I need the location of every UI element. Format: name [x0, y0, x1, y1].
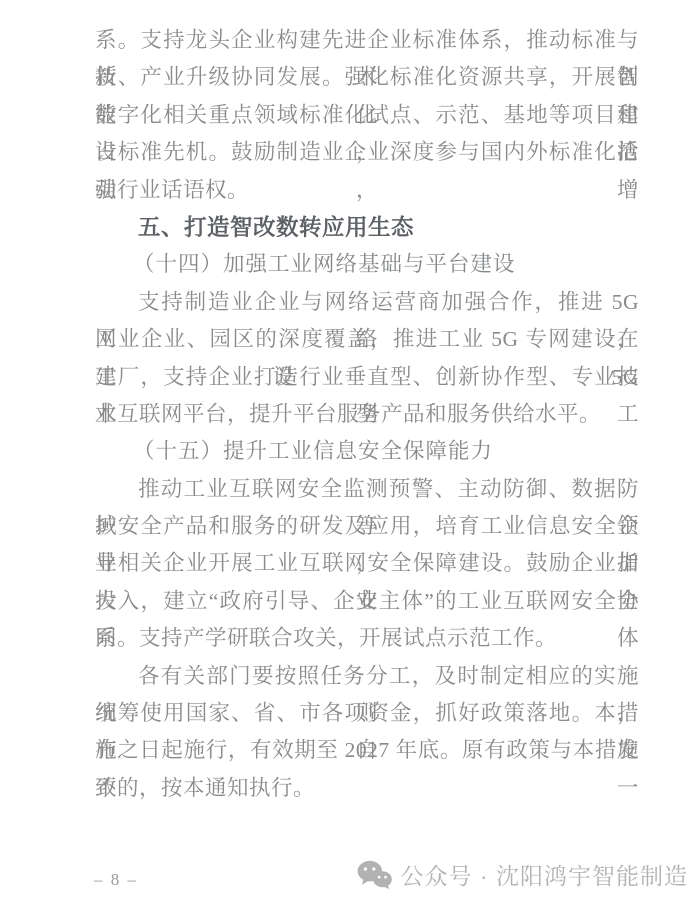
- body-line: 系。支持龙头企业构建先进企业标准体系，推动标准与技术创: [95, 22, 639, 59]
- body-line: 各有关部门要按照任务分工，及时制定相应的实施细则，: [95, 658, 639, 695]
- body-line: 推动工业互联网安全监测预警、主动防御、数据防护等领: [95, 471, 639, 508]
- watermark-text: 公众号 · 沈阳鸿宇智能制造: [401, 858, 688, 891]
- body-line: 域安全产品和服务的研发及应用，培育工业信息安全企业，指: [95, 508, 639, 545]
- item-heading-15: （十五）提升工业信息安全保障能力: [95, 433, 639, 470]
- body-line: 占标准先机。鼓励制造业企业深度参与国内外标准化活动，增: [95, 134, 639, 171]
- item-heading-14: （十四）加强工业网络基础与平台建设: [95, 246, 639, 283]
- wechat-watermark: 公众号 · 沈阳鸿宇智能制造: [357, 858, 688, 891]
- body-line: 导相关企业开展工业互联网安全保障建设。鼓励企业加大安全: [95, 545, 639, 582]
- page-number: – 8 –: [94, 870, 138, 890]
- body-line: 布之日起施行，有效期至 2027 年底。原有政策与本措施不一: [95, 732, 639, 769]
- wechat-icon: [357, 860, 392, 890]
- body-line: 业互联网平台，提升平台服务产品和服务供给水平。: [95, 396, 639, 433]
- body-line: 支持制造业企业与网络运营商加强合作，推进 5G 网络在: [95, 284, 639, 321]
- body-line: 投入，建立“政府引导、企业主体”的工业互联网安全协同体: [95, 583, 639, 620]
- body-line: 统筹使用国家、省、市各项资金，抓好政策落地。本措施自发: [95, 695, 639, 732]
- body-line: 工业企业、园区的深度覆盖，推进工业 5G 专网建设，建设 5G: [95, 321, 639, 358]
- body-line: 新、产业升级协同发展。强化标准化资源共享，开展智能化和: [95, 59, 639, 96]
- section-heading: 五、打造智改数转应用生态: [95, 209, 639, 246]
- body-line: 数字化相关重点领域标准化试点、示范、基地等项目建设，抢: [95, 97, 639, 134]
- body-line: 工厂，支持企业打造行业垂直型、创新协作型、专业技术型工: [95, 359, 639, 396]
- document-page: 系。支持龙头企业构建先进企业标准体系，推动标准与技术创 新、产业升级协同发展。强…: [0, 0, 700, 907]
- document-body: 系。支持龙头企业构建先进企业标准体系，推动标准与技术创 新、产业升级协同发展。强…: [95, 22, 639, 807]
